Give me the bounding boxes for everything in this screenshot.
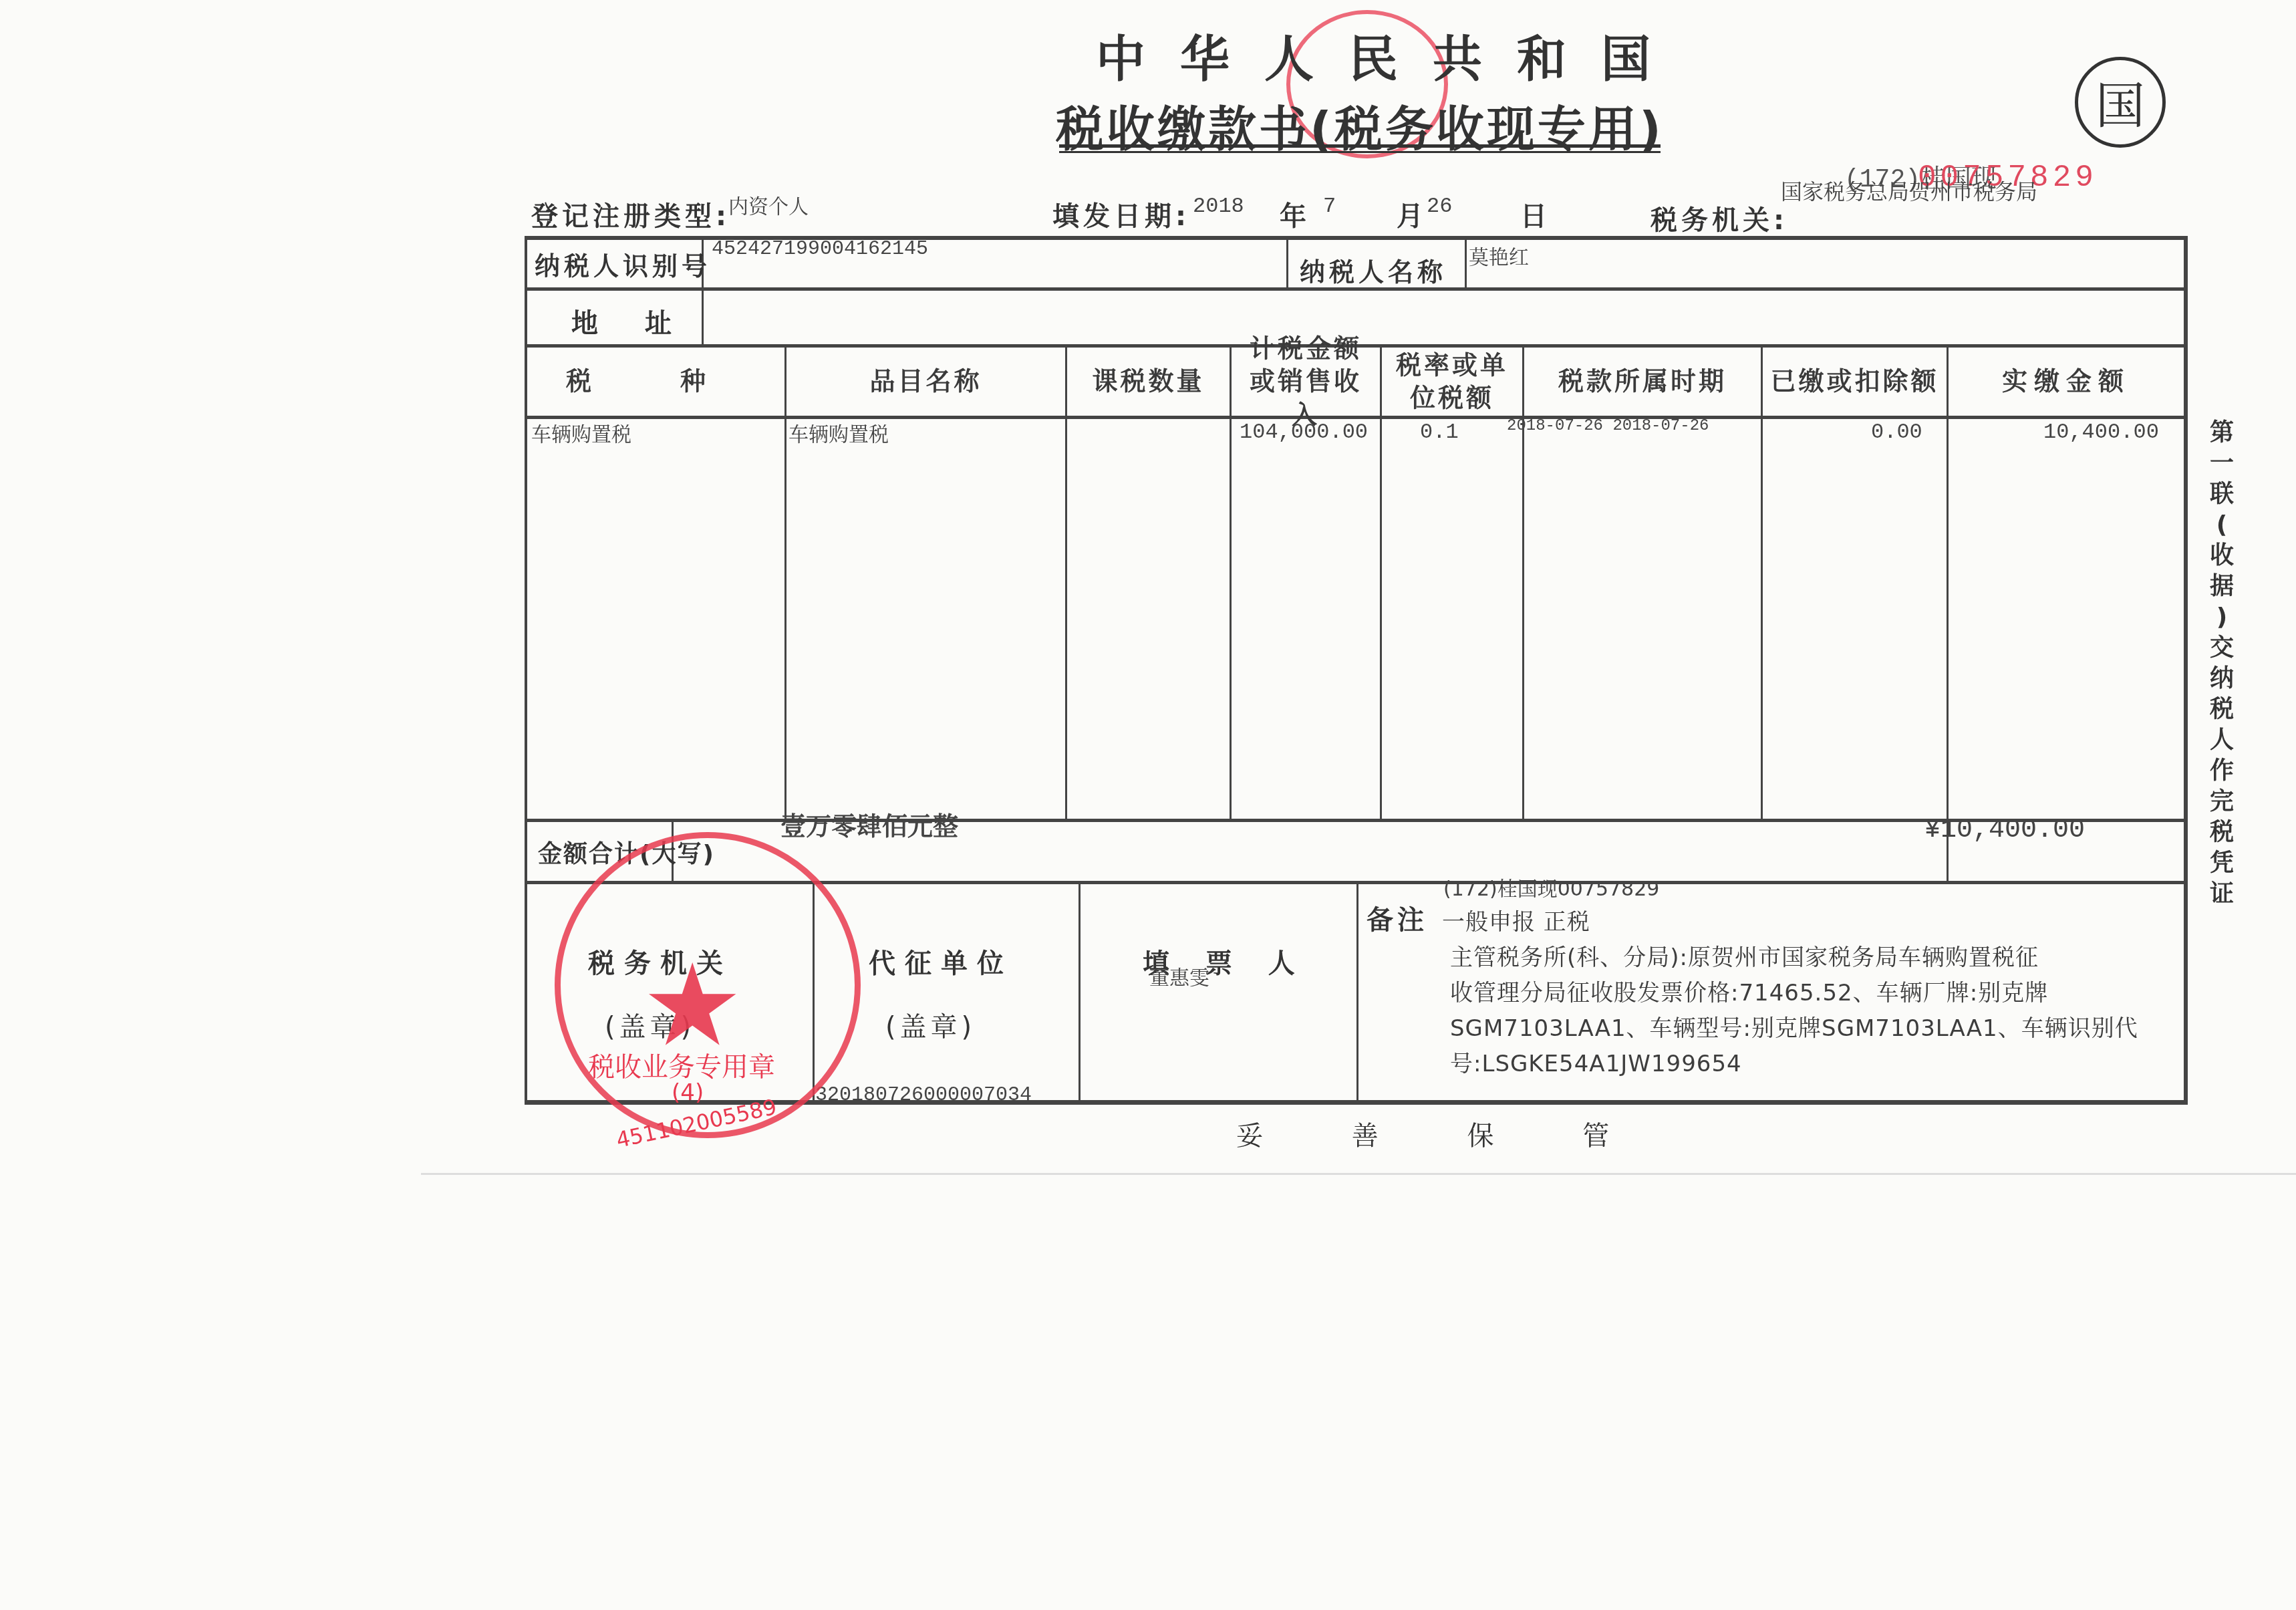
tax-authority-label: 税务机关:	[1651, 199, 1788, 237]
remarks-label: 备注	[1367, 899, 1428, 937]
cell-deducted: 0.00	[1871, 420, 1922, 444]
issue-month: 7	[1323, 194, 1336, 219]
seal-sub-text: (4)	[672, 1079, 704, 1106]
taxpayer-id-value: 452427199004162145	[712, 238, 928, 261]
taxpayer-id-label: 纳税人识别号	[535, 245, 711, 282]
col-header-period: 税款所属时期	[1524, 348, 1761, 416]
day-unit: 日	[1520, 195, 1551, 233]
registration-type-value: 内资个人	[728, 190, 809, 219]
taxpayer-name-value: 莫艳红	[1469, 241, 1529, 270]
footer-agent-number: 320180726000007034	[815, 1084, 1032, 1107]
footer-filler-name: 董惠雯	[1149, 961, 1209, 990]
document-title-country: 中华人民共和国	[1096, 20, 1685, 91]
cell-period: 2018-07-26 2018-07-26	[1507, 417, 1709, 435]
year-unit: 年	[1280, 195, 1310, 233]
col-header-item-name: 品目名称	[786, 348, 1065, 416]
issuing-office: 国家税务总局贺州市税务局	[1781, 175, 2037, 206]
issue-year: 2018	[1193, 194, 1244, 219]
remarks-serial: (172)桂国现00757829	[1443, 872, 1659, 902]
copy-designation-note: 第一联(收据)交纳税人作完税凭证	[2205, 418, 2239, 910]
cell-tax-type: 车辆购置税	[531, 418, 631, 447]
total-amount-words: 壹万零肆佰元整	[780, 805, 958, 842]
total-amount-numeric: ¥10,400.00	[1924, 815, 2085, 845]
col-header-quantity: 课税数量	[1067, 348, 1230, 416]
address-label: 地 址	[571, 302, 690, 340]
national-tax-emblem-icon: 国	[2075, 57, 2166, 148]
page-edge-line	[421, 1173, 2296, 1175]
taxpayer-name-label: 纳税人名称	[1300, 251, 1447, 288]
cell-rate: 0.1	[1420, 420, 1459, 444]
footer-agent-label: 代征单位	[869, 942, 1013, 980]
issue-day: 26	[1427, 194, 1452, 219]
cell-item-name: 车辆购置税	[788, 418, 889, 447]
cell-taxable-amount: 104,000.00	[1240, 420, 1368, 444]
month-unit: 月	[1397, 195, 1427, 233]
seal-center-text: 税收业务专用章	[588, 1046, 775, 1084]
cell-paid: 10,400.00	[2043, 420, 2159, 444]
col-header-taxable-amount: 计税金额或销售收入	[1232, 348, 1380, 416]
col-header-rate: 税率或单位税额	[1382, 348, 1522, 416]
issue-date-label: 填发日期:	[1052, 195, 1190, 233]
col-header-deducted: 已缴或扣除额	[1763, 348, 1947, 416]
keep-safe-note: 妥 善 保 管	[1236, 1115, 1649, 1153]
col-header-paid: 实缴金额	[1949, 348, 2184, 416]
col-header-tax-type: 税 种	[527, 348, 784, 416]
footer-agent-seal: (盖章)	[885, 1006, 976, 1044]
registration-type-label: 登记注册类型:	[531, 195, 730, 233]
title-double-underline	[1059, 144, 1661, 153]
